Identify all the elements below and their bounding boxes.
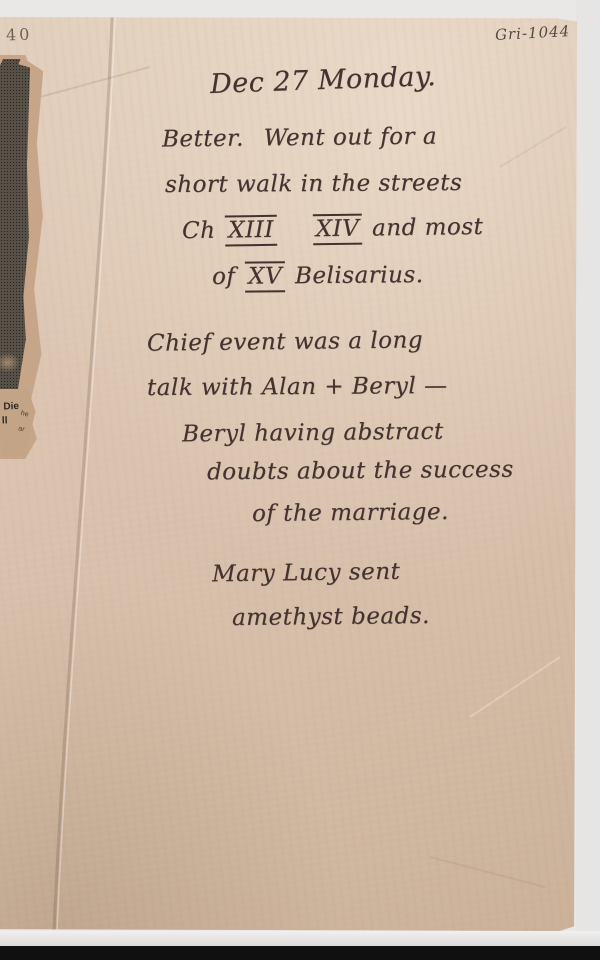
chapter-prefix: Ch bbox=[182, 218, 216, 244]
scanned-diary-spread: 40 Gri-1044 Die ll he ar Dec 27 Monday. … bbox=[0, 0, 600, 960]
print-fragment-word: ar bbox=[18, 425, 26, 433]
entry-date-heading: Dec 27 Monday. bbox=[210, 61, 437, 100]
page-number: 40 bbox=[6, 25, 33, 45]
diary-line: Beryl having abstract bbox=[182, 419, 444, 448]
clipping-photo bbox=[0, 59, 30, 389]
print-fragment-word: he bbox=[20, 410, 29, 418]
diary-line: talk with Alan + Beryl — bbox=[147, 373, 448, 401]
diary-page: 40 Gri-1044 Die ll he ar Dec 27 Monday. … bbox=[0, 17, 577, 931]
roman-numeral: XIII bbox=[225, 215, 277, 247]
diary-line: of the marriage. bbox=[252, 499, 449, 527]
chapter-prefix: of bbox=[212, 264, 236, 290]
diary-line: Better. Went out for a bbox=[162, 124, 437, 153]
roman-numeral: XV bbox=[245, 261, 285, 292]
scanner-bed-right bbox=[576, 0, 600, 946]
roman-numeral: XIV bbox=[312, 214, 362, 246]
print-fragment-word: ll bbox=[2, 416, 8, 426]
newspaper-clipping: Die ll he ar bbox=[0, 55, 46, 459]
diary-line: doubts about the success bbox=[207, 457, 514, 486]
diary-line: short walk in the streets bbox=[165, 170, 462, 198]
scanner-bed-bottom bbox=[0, 931, 600, 946]
diary-line: amethyst beads. bbox=[232, 603, 430, 631]
diary-line: Mary Lucy sent bbox=[212, 559, 401, 588]
diary-line: Chief event was a long bbox=[147, 327, 423, 356]
diary-line-chapters: of XV Belisarius. bbox=[212, 262, 424, 290]
catalog-mark: Gri-1044 bbox=[495, 22, 571, 44]
diary-line-chapters: Ch XIII XIV and most bbox=[182, 214, 484, 244]
chapter-suffix: Belisarius. bbox=[295, 262, 424, 289]
scanner-strip bbox=[0, 946, 600, 960]
chapter-suffix: and most bbox=[372, 214, 484, 242]
print-fragment-word: Die bbox=[3, 402, 19, 413]
